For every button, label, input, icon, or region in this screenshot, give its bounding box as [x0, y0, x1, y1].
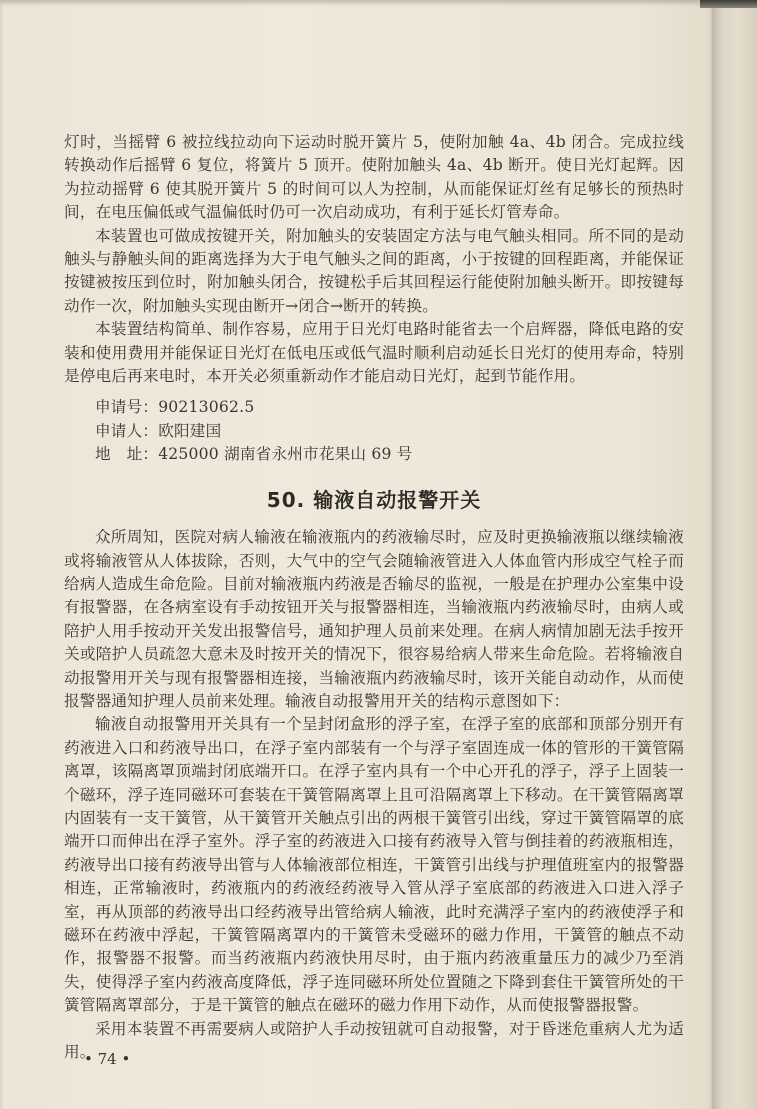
body-paragraph: 采用本装置不再需要病人或陪护人手动按钮就可自动报警，对于昏迷危重病人尤为适用。 — [64, 1018, 684, 1065]
applicant: 申请人：欧阳建国 — [64, 420, 684, 443]
body-paragraph: 众所周知，医院对病人输液在输液瓶内的药液输尽时，应及时更换输液瓶以继续输液或将输… — [64, 526, 684, 713]
book-binding-edge — [712, 0, 757, 1109]
intro-paragraph-continued: 灯时，当摇臂 6 被拉线拉动向下运动时脱开簧片 5，使附加触 4a、4b 闭合。… — [64, 131, 684, 225]
book-page: 灯时，当摇臂 6 被拉线拉动向下运动时脱开簧片 5，使附加触 4a、4b 闭合。… — [0, 0, 712, 1109]
section-heading: 50. 输液自动报警开关 — [64, 489, 684, 512]
application-number: 申请号：90213062.5 — [64, 396, 684, 419]
intro-paragraph: 本装置也可做成按键开关，附加触头的安装固定方法与电气触头相同。所不同的是动触头与… — [64, 225, 684, 319]
address: 地 址：425000 湖南省永州市花果山 69 号 — [64, 443, 684, 466]
body-paragraph: 输液自动报警用开关具有一个呈封闭盒形的浮子室，在浮子室的底部和顶部分别开有药液进… — [64, 713, 684, 1017]
page-number: • 74 • — [84, 1050, 130, 1068]
book-binding-shadow — [700, 0, 757, 8]
intro-paragraph: 本装置结构简单、制作容易，应用于日光灯电路时能省去一个启辉器，降低电路的安装和使… — [64, 318, 684, 388]
page-text: 灯时，当摇臂 6 被拉线拉动向下运动时脱开簧片 5，使附加触 4a、4b 闭合。… — [64, 131, 684, 1064]
